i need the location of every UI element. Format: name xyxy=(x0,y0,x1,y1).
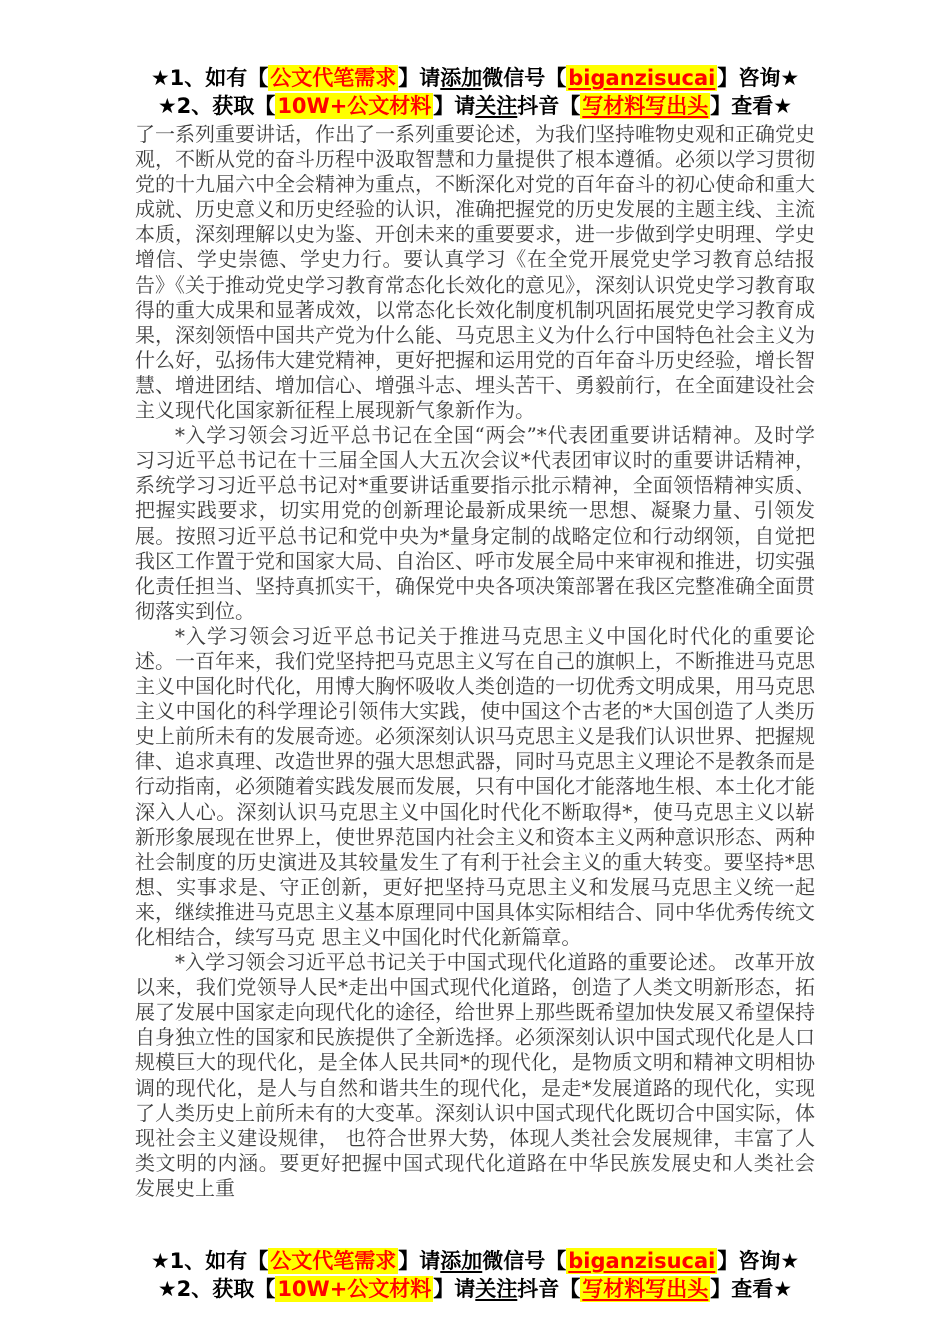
add-action-underlined: 添加 xyxy=(440,66,482,90)
banner-line-2: ★2、获取【10W+公文材料】请关注抖音【写材料写出头】查看★ xyxy=(135,92,815,120)
wechat-id-highlight: biganzisucai xyxy=(566,65,717,91)
promo-material-highlight: 10W+公文材料 xyxy=(275,1276,433,1302)
banner-suffix: 】查看★ xyxy=(710,1277,792,1301)
banner-suffix: 】查看★ xyxy=(710,94,792,118)
banner-suffix: 】咨询★ xyxy=(717,1249,799,1273)
banner-text: 抖音【 xyxy=(517,1277,580,1301)
body-paragraph: 了一系列重要讲话，作出了一系列重要论述，为我们坚持唯物史观和正确党史观，不断从党… xyxy=(135,122,815,423)
follow-action-underlined: 关注 xyxy=(475,1277,517,1301)
body-paragraph: *入学习领会习近平总书记在全国“两会”*代表团重要讲话精神。及时学习习近平总书记… xyxy=(135,423,815,624)
douyin-id-highlight: 写材料写出头 xyxy=(580,1276,710,1302)
page-content: ★1、如有【公文代笔需求】请添加微信号【biganzisucai】咨询★ ★2、… xyxy=(135,0,815,1303)
bottom-banner: ★1、如有【公文代笔需求】请添加微信号【biganzisucai】咨询★ ★2、… xyxy=(135,1247,815,1303)
banner-text: 】请 xyxy=(398,1249,440,1273)
banner-text: 】请 xyxy=(433,94,475,118)
banner-text: 微信号【 xyxy=(482,1249,566,1273)
banner-text: 】请 xyxy=(433,1277,475,1301)
banner-line-1: ★1、如有【公文代笔需求】请添加微信号【biganzisucai】咨询★ xyxy=(135,64,815,92)
body-paragraph: *入学习领会习近平总书记关于中国式现代化道路的重要论述。 改革开放以来，我们党领… xyxy=(135,950,815,1201)
body-paragraph: *入学习领会习近平总书记关于推进马克思主义中国化时代化的重要论述。一百年来，我们… xyxy=(135,624,815,950)
document-body: 了一系列重要讲话，作出了一系列重要论述，为我们坚持唯物史观和正确党史观，不断从党… xyxy=(135,122,815,1201)
banner-prefix: ★2、获取【 xyxy=(158,94,275,118)
banner-line-2: ★2、获取【10W+公文材料】请关注抖音【写材料写出头】查看★ xyxy=(135,1275,815,1303)
banner-prefix: ★2、获取【 xyxy=(158,1277,275,1301)
banner-text: 】请 xyxy=(398,66,440,90)
document-page: ★1、如有【公文代笔需求】请添加微信号【biganzisucai】咨询★ ★2、… xyxy=(0,0,950,1344)
banner-text: 微信号【 xyxy=(482,66,566,90)
follow-action-underlined: 关注 xyxy=(475,94,517,118)
banner-suffix: 】咨询★ xyxy=(717,66,799,90)
promo-material-highlight: 10W+公文材料 xyxy=(275,93,433,119)
banner-text: 抖音【 xyxy=(517,94,580,118)
douyin-id-highlight: 写材料写出头 xyxy=(580,93,710,119)
top-banner: ★1、如有【公文代笔需求】请添加微信号【biganzisucai】咨询★ ★2、… xyxy=(135,64,815,120)
add-action-underlined: 添加 xyxy=(440,1249,482,1273)
banner-prefix: ★1、如有【 xyxy=(151,1249,268,1273)
promo-service-highlight: 公文代笔需求 xyxy=(268,65,398,91)
banner-prefix: ★1、如有【 xyxy=(151,66,268,90)
banner-line-1: ★1、如有【公文代笔需求】请添加微信号【biganzisucai】咨询★ xyxy=(135,1247,815,1275)
promo-service-highlight: 公文代笔需求 xyxy=(268,1248,398,1274)
wechat-id-highlight: biganzisucai xyxy=(566,1248,717,1274)
